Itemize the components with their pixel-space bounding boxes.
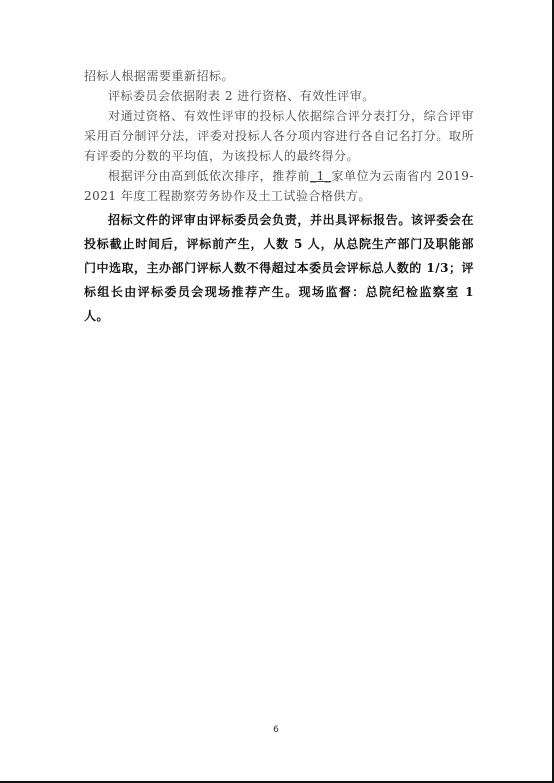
page-number: 6 (0, 725, 552, 735)
paragraph-rebid: 招标人根据需要重新招标。 (84, 66, 474, 86)
paragraph-scoring-method: 对通过资格、有效性评审的投标人依据综合评分表打分，综合评审采用百分制评分法，评委… (84, 106, 474, 166)
document-body: 招标人根据需要重新招标。 评标委员会依据附表 2 进行资格、有效性评审。 对通过… (84, 66, 474, 328)
paragraph-qualification-review: 评标委员会依据附表 2 进行资格、有效性评审。 (84, 86, 474, 106)
recommended-count: _1_ (310, 169, 331, 183)
paragraph-evaluation-committee: 招标文件的评审由评标委员会负责，并出具评标报告。该评委会在投标截止时间后，评标前… (84, 208, 474, 328)
ranking-text-before: 根据评分由高到低依次排序，推荐前 (108, 169, 310, 183)
document-page: 招标人根据需要重新招标。 评标委员会依据附表 2 进行资格、有效性评审。 对通过… (0, 0, 554, 783)
paragraph-ranking: 根据评分由高到低依次排序，推荐前_1_家单位为云南省内 2019-2021 年度… (84, 166, 474, 206)
